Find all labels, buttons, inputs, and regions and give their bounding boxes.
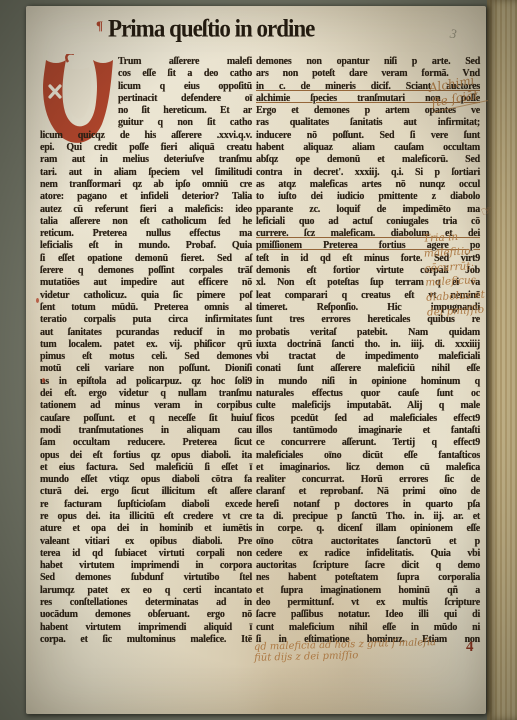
text-line: et imaginarios. licz demon cū malefica <box>256 462 480 474</box>
text-line: in corpe. q. dicenſ illam opinionem eſſe <box>256 523 480 535</box>
folio-number-top: 3 <box>449 26 458 43</box>
text-line: ature et opa dei in hominib et iumētis <box>40 523 252 535</box>
text-line: ram aut in melius deteriuſve tranſmu <box>40 154 252 166</box>
text-line: corpa. et ſic multominus malefice. Itē <box>40 634 252 646</box>
text-line: epi. Qui credit poſſe fieri aliquā creat… <box>40 142 252 154</box>
text-line: auctoritas ſcripture ſacre dicit q demo <box>256 560 480 572</box>
text-line: as atqz maleficas artes nō nunqz occul <box>256 179 480 191</box>
text-line: ras qualitates ſanitatis aut infirmitat; <box>256 117 480 129</box>
text-line: no ſit hereticum. Et ar <box>118 105 252 117</box>
text-line: contra in decret'. xxxiij. q.i. Si p ſor… <box>256 167 480 179</box>
text-line: ſerere q demones poſſint corpales trāſ <box>40 265 252 277</box>
text-line: res conſtellationes determinatas ad in <box>40 597 252 609</box>
text-line: vbi tractat de impedimento maleficiali <box>256 351 480 363</box>
page-title: Prima queſtio in ordine <box>108 15 314 43</box>
text-line: pparante zc. loquif de impedimēto ma <box>256 204 480 216</box>
text-line: abſqz ope demonū et maleficorū. Sed <box>256 154 480 166</box>
text-line: licum q eius oppoſitū <box>118 81 252 93</box>
text-line: nes habent poteſtatem ſupra corporalia <box>256 572 480 584</box>
text-line: cedere ex radice infidelitatis. Quia vbi <box>256 548 480 560</box>
text-line: videtur catholicuz. quia ſic pimere poſ <box>40 290 252 302</box>
text-line: claranf et reprobanf. Nā primi oīno de <box>256 486 480 498</box>
text-line: modi tranſmutationes in aliquam cau <box>40 425 252 437</box>
text-line: tum localem. patet ex. vij. phiſicor qrū <box>40 339 252 351</box>
text-line: habent virtutem imprimendi aliquid ī <box>40 622 252 634</box>
text-line: cauſare poſſunt. et q neceſſe ſit huiuſ <box>40 413 252 425</box>
text-line: iuxta doctrinā ſancti tho. in. iiij. di.… <box>256 339 480 351</box>
text-line: habent aliquaz aliam cauſam occultam <box>256 142 480 154</box>
text-line: Trum aſſerere malefi <box>118 56 252 68</box>
text-line: culte maleficijs imputabāt. Alij q male <box>256 400 480 412</box>
text-line: cos eſſe ſit a deo catho <box>118 68 252 80</box>
text-line: ſent totum mūdū. Preterea omnis al <box>40 302 252 314</box>
text-line: guitur q non ſit catho <box>118 117 252 129</box>
text-line: re opus dei. ita illicitū eſt credere vt… <box>40 511 252 523</box>
text-line: realiter concurrat. Horū errores ſic de <box>256 474 480 486</box>
text-line: pertinacit defendere oī <box>118 93 252 105</box>
bottom-handwritten-note: qd maleficia ad hoīs z grūt ſ maleſia fi… <box>254 636 470 664</box>
text-line: ta di. precipue p ſanctū Tho. in. iij. a… <box>256 511 480 523</box>
text-line: Sed demones ſubdunf virtutibo ſtel <box>40 572 252 584</box>
text-line: ſacre paſſibus notatur. Ideo illi qui di <box>256 609 480 621</box>
text-line: mutatiōes aut impedire aut efficere nō <box>40 277 252 289</box>
text-line: cturā dei. ergo ſicut illicitum eſt aſſe… <box>40 486 252 498</box>
text-line: inducere nō poſſunt. Sed ſi vere ſunt <box>256 130 480 142</box>
text-line: conati ſunt aſſerere maleficiū nihil eſſ… <box>256 363 480 375</box>
folio-number-bottom: 4 <box>466 639 474 656</box>
text-line: in mundo niſi in opinione hominum q <box>256 376 480 388</box>
text-line: reticum. Preterea nullus effectus ma <box>40 228 252 240</box>
text-line: opus dei eſt fortius qz opus diaboli. it… <box>40 450 252 462</box>
book-fore-edge <box>487 0 517 720</box>
manuscript-page: 3 ¶Prima queſtio in ordine Trum aſſerere… <box>26 6 486 714</box>
text-line: autez cū referunt fieri a maleficis: ide… <box>40 204 252 216</box>
text-line: ficos pcedūt ſed ad maleficiales effect9 <box>256 413 480 425</box>
text-line: tari. aut in aliam ſpeciem vel ſimilitud… <box>40 167 252 179</box>
text-line: us in epiſtola ad policarpuz. qz hoc ſol… <box>40 376 252 388</box>
text-line: oīno cōtra auctoritates ſanctorū et p <box>256 536 480 548</box>
text-line: et eius factura. Sed maleficiū ſi eſſet … <box>40 462 252 474</box>
text-line: pimus eſt motus celi. Sed demones <box>40 351 252 363</box>
text-line: aut ſanitates pcurandas reducif in mo <box>40 327 252 339</box>
rubric-heading-row: ¶Prima queſtio in ordine <box>96 16 314 42</box>
text-line: demones non opantur niſi p arte. Sed <box>256 56 480 68</box>
text-line: larumqz patet ex eo q certi incantato <box>40 585 252 597</box>
text-line: et ſupra imaginationem hominū qñ a <box>256 585 480 597</box>
text-line: re facturam ſupſticioſam diaboli excede <box>40 499 252 511</box>
text-line: probatis veritaſ patebit. Nam quidam <box>256 327 480 339</box>
text-line: terea id qd ſubiacet virtuti corpali non <box>40 548 252 560</box>
text-line: hereſi notanf p doctores in quarto pſa <box>256 499 480 511</box>
text-line: valeant vitiari ex opibus diaboli. Pre <box>40 536 252 548</box>
text-line: dei eſt. ergo videtur q nullam tranſmu <box>40 388 252 400</box>
left-text-column: Trum aſſerere maleficos eſſe ſit a deo c… <box>40 56 252 646</box>
text-line: teratio corpalis puta circa infirmitates <box>40 314 252 326</box>
text-line: ce concurrere aſſerunt. Tertij q effect9 <box>256 437 480 449</box>
margin-note-line: dei pmiſſio <box>427 302 494 320</box>
text-line: ſi eſſet opatione demonū fieret. Sed aſ <box>40 253 252 265</box>
text-line: deo permittunf. vt ex multis ſcripture <box>256 597 480 609</box>
margin-note-tria-concurrunt: Tria inmalefitiocōcurrūt:maleficusdiabol… <box>423 228 494 320</box>
text-line: illos tantūmodo imaginarie et fantaſti <box>256 425 480 437</box>
text-line: ſam occultam reducere. Preterea ſicut <box>40 437 252 449</box>
text-line: to iuſto dei iudicio pmittente z diabolo <box>256 191 480 203</box>
left-column-lines: licum quicqz de his aſſerere .xxvi.q.v.e… <box>40 130 252 646</box>
right-text-column: demones non opantur niſi p arte. Sedars … <box>256 56 480 646</box>
pilcrow-mark: ¶ <box>96 18 103 33</box>
book-photo: 3 ¶Prima queſtio in ordine Trum aſſerere… <box>0 0 517 720</box>
left-column-indented-lines: Trum aſſerere maleficos eſſe ſit a deo c… <box>40 56 252 130</box>
text-line: talia aſſerere non eſt catholicum ſed he <box>40 216 252 228</box>
text-line: cunt maleficium nihil eſſe in mūdo ni <box>256 622 480 634</box>
rubric-fleck <box>36 298 39 303</box>
text-line: naturales effectus quor cauſe ſunt oc <box>256 388 480 400</box>
text-line: maleficiales oīno dicūt eſſe fantaſticos <box>256 450 480 462</box>
text-line: atore: pagano et infideli deterior? Tali… <box>40 191 252 203</box>
text-line: motū celi variare non poſſunt. Dioniſi <box>40 363 252 375</box>
text-line: licum quicqz de his aſſerere .xxvi.q.v. <box>40 130 252 142</box>
text-line: leficiali quo ad actuſ coniugales tria c… <box>256 216 480 228</box>
text-line: mundo eſſet vtiqz opus diaboli cōtra fa <box>40 474 252 486</box>
text-line: habet virtutem imprimendi in corpora <box>40 560 252 572</box>
text-line: leficialis eſt in mundo. Probaf. Quia <box>40 240 252 252</box>
text-line: tationem ad minus veram in corpibus <box>40 400 252 412</box>
text-line: nem tranſformari qz ab ipſo omniū cre <box>40 179 252 191</box>
text-line: uocādum demones obſeruant. ergo nō <box>40 609 252 621</box>
rubric-fleck <box>42 378 45 383</box>
